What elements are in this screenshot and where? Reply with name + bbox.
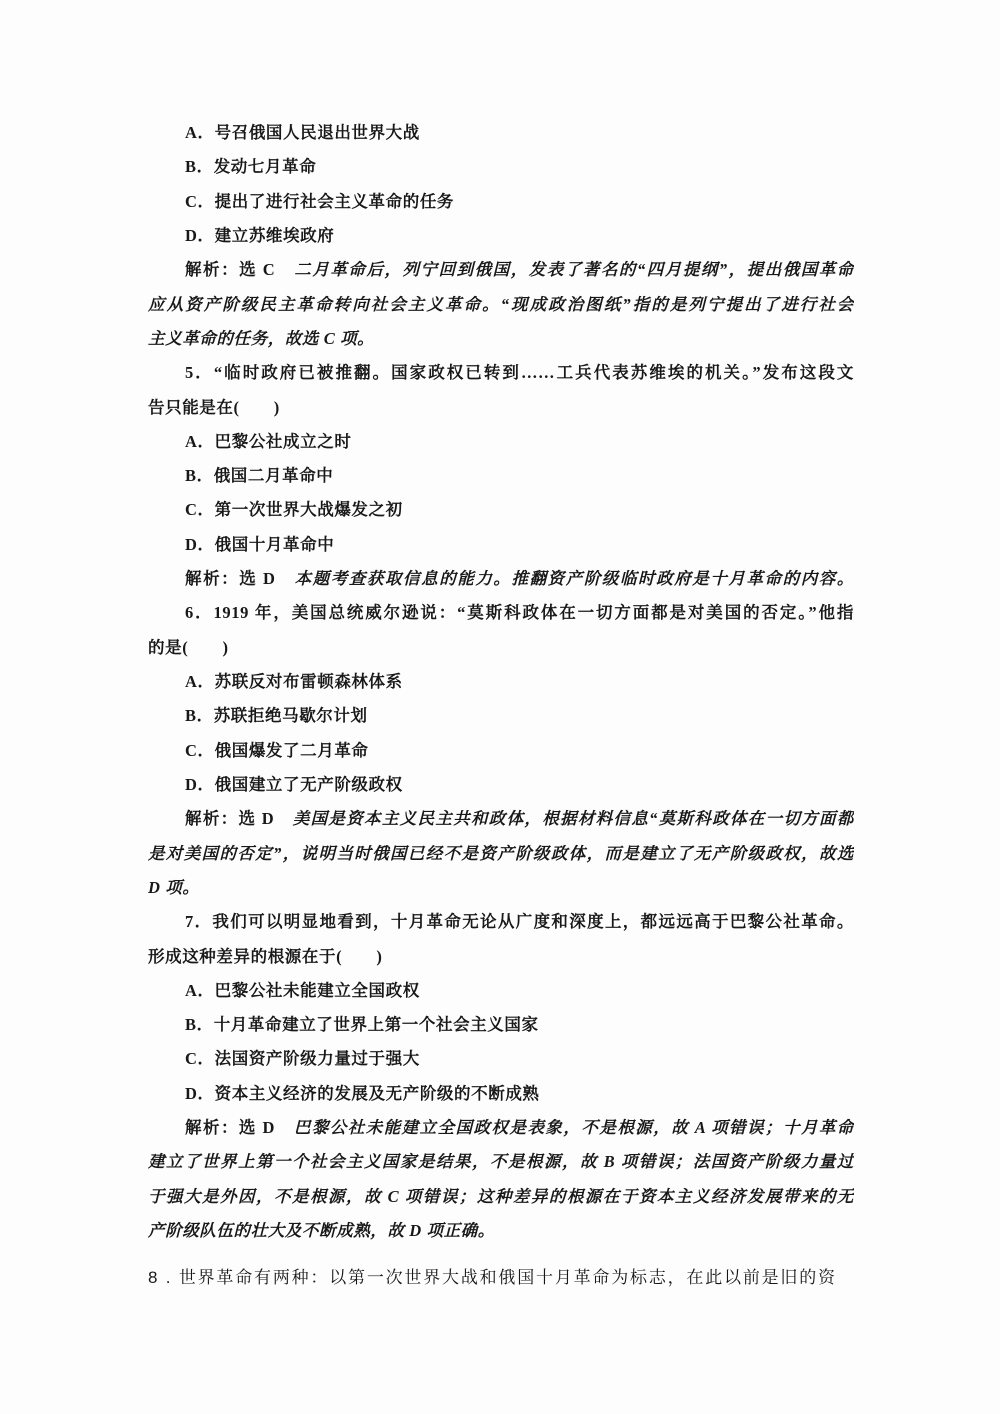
q4-explanation-line-3: 主义革命的任务，故选 C 项。	[148, 322, 854, 356]
q7-option-c: C．法国资产阶级力量过于强大	[148, 1042, 854, 1076]
explanation-text: 本题考查获取信息的能力。推翻资产阶级临时政府是十月革命的内容。	[276, 569, 854, 588]
q7-explanation-line-3: 于强大是外因，不是根源，故 C 项错误；这种差异的根源在于资本主义经济发展带来的…	[148, 1180, 854, 1214]
q6-option-c: C．俄国爆发了二月革命	[148, 734, 854, 768]
q6-option-b: B．苏联拒绝马歇尔计划	[148, 699, 854, 733]
q5-explanation: 解析：选 D 本题考查获取信息的能力。推翻资产阶级临时政府是十月革命的内容。	[148, 562, 854, 596]
q5-stem-line-2: 告只能是在( )	[148, 391, 854, 425]
explanation-answer-label: 解析：选 D	[185, 1118, 275, 1137]
q7-stem-line-1: 7．我们可以明显地看到，十月革命无论从广度和深度上，都远远高于巴黎公社革命。	[148, 905, 854, 939]
explanation-text: 美国是资本主义民主共和政体，根据材料信息“莫斯科政体在一切方面都	[274, 809, 854, 828]
explanation-answer-label: 解析：选 D	[185, 809, 274, 828]
explanation-text: 二月革命后，列宁回到俄国，发表了著名的“四月提纲”，提出俄国革命	[275, 260, 854, 279]
q4-option-b: B．发动七月革命	[148, 150, 854, 184]
q6-explanation-line-3: D 项。	[148, 871, 854, 905]
q4-option-c: C．提出了进行社会主义革命的任务	[148, 185, 854, 219]
q5-option-a: A．巴黎公社成立之时	[148, 425, 854, 459]
q5-option-d: D．俄国十月革命中	[148, 528, 854, 562]
q7-explanation-line-2: 建立了世界上第一个社会主义国家是结果，不是根源，故 B 项错误；法国资产阶级力量…	[148, 1145, 854, 1179]
q4-option-d: D．建立苏维埃政府	[148, 219, 854, 253]
q6-explanation-line-1: 解析：选 D 美国是资本主义民主共和政体，根据材料信息“莫斯科政体在一切方面都	[148, 802, 854, 836]
q6-explanation-line-2: 是对美国的否定”，说明当时俄国已经不是资产阶级政体，而是建立了无产阶级政权，故选	[148, 837, 854, 871]
explanation-text: 巴黎公社未能建立全国政权是表象，不是根源，故 A 项错误；十月革命	[275, 1118, 854, 1137]
q6-option-d: D．俄国建立了无产阶级政权	[148, 768, 854, 802]
q4-explanation-line-1: 解析：选 C 二月革命后，列宁回到俄国，发表了著名的“四月提纲”，提出俄国革命	[148, 253, 854, 287]
q4-option-a: A．号召俄国人民退出世界大战	[148, 116, 854, 150]
q7-option-b: B．十月革命建立了世界上第一个社会主义国家	[148, 1008, 854, 1042]
q7-option-a: A．巴黎公社未能建立全国政权	[148, 974, 854, 1008]
explanation-answer-label: 解析：选 D	[185, 569, 276, 588]
q6-stem-line-1: 6．1919 年，美国总统威尔逊说：“莫斯科政体在一切方面都是对美国的否定。”他…	[148, 596, 854, 630]
q6-option-a: A．苏联反对布雷顿森林体系	[148, 665, 854, 699]
explanation-answer-label: 解析：选 C	[185, 260, 275, 279]
q5-option-b: B．俄国二月革命中	[148, 459, 854, 493]
q7-explanation-line-4: 产阶级队伍的壮大及不断成熟，故 D 项正确。	[148, 1214, 854, 1248]
q5-option-c: C．第一次世界大战爆发之初	[148, 493, 854, 527]
q7-explanation-line-1: 解析：选 D 巴黎公社未能建立全国政权是表象，不是根源，故 A 项错误；十月革命	[148, 1111, 854, 1145]
q5-stem-line-1: 5．“临时政府已被推翻。国家政权已转到……工兵代表苏维埃的机关。”发布这段文	[148, 356, 854, 390]
q8-stem-line-1: 8 . 世界革命有两种：以第一次世界大战和俄国十月革命为标志，在此以前是旧的资	[148, 1261, 854, 1295]
q4-explanation-line-2: 应从资产阶级民主革命转向社会主义革命。“现成政治图纸”指的是列宁提出了进行社会	[148, 288, 854, 322]
q6-stem-line-2: 的是( )	[148, 631, 854, 665]
exam-document-page: A．号召俄国人民退出世界大战B．发动七月革命C．提出了进行社会主义革命的任务D．…	[0, 0, 1000, 1414]
document-body: A．号召俄国人民退出世界大战B．发动七月革命C．提出了进行社会主义革命的任务D．…	[148, 116, 854, 1296]
q7-stem-line-2: 形成这种差异的根源在于( )	[148, 940, 854, 974]
q7-option-d: D．资本主义经济的发展及无产阶级的不断成熟	[148, 1077, 854, 1111]
